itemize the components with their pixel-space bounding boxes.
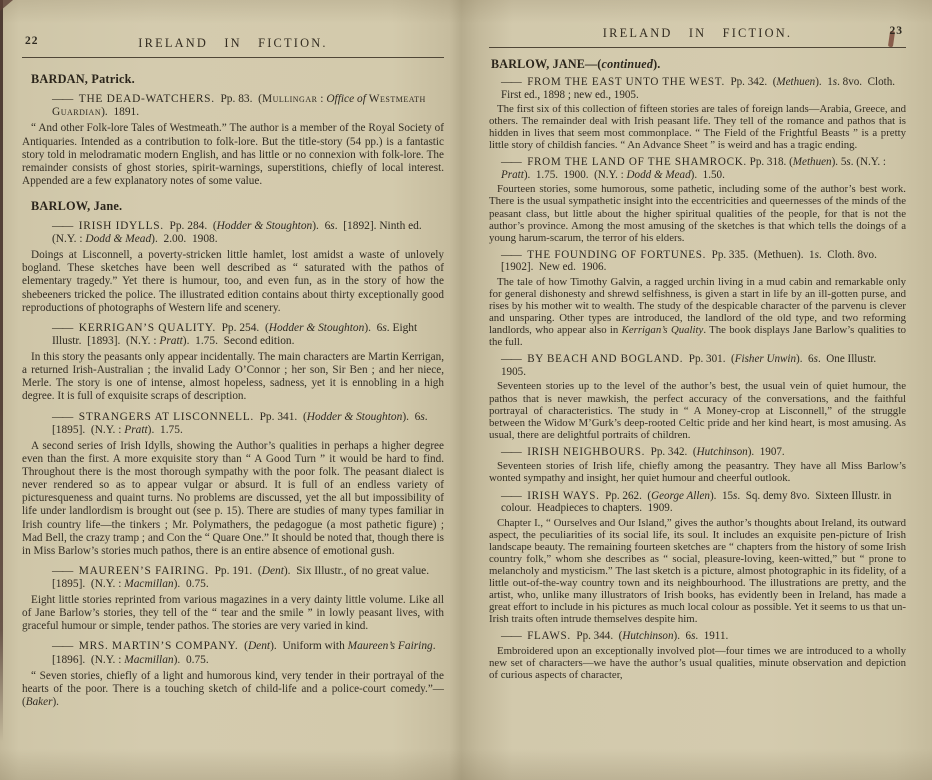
text-run: Pp. 262. ( [600,490,651,502]
text-run: ). 0.75. [174,654,209,666]
text-run: : [317,93,326,105]
author-heading: BARLOW, JANE—(continued). [491,58,906,71]
text-run: —— [501,156,527,168]
entry-annotation: The tale of how Timothy Galvin, a ragged… [489,276,906,349]
text-run: Pp. 344. ( [571,630,622,642]
text-run: Seventeen stories of Irish life, chiefly… [489,460,906,484]
book-entry: ——THE DEAD-WATCHERS. Pp. 83. (Mullingar … [22,93,444,188]
text-run: ). 1907. [748,446,785,458]
text-run: —— [501,446,527,458]
text-run: Pp. 342. ( [645,446,696,458]
text-run: The first six of this collection of fift… [489,103,906,151]
page-number-right: 23 [890,25,904,37]
text-run: BARLOW, JANE—( [491,57,602,71]
book-entry: ——STRANGERS AT LISCONNELL. Pp. 341. (Hod… [22,411,444,558]
text-run: Pp. 318. ( [747,156,793,168]
text-run: BARDAN, Patrick. [31,72,135,86]
text-run: Pratt [124,424,147,436]
author-heading: BARLOW, Jane. [31,199,444,213]
text-run: ). 6 [674,630,692,642]
running-title-right: IRELAND IN FICTION. [603,26,792,40]
text-run: ). 0.75. [174,578,209,590]
entry-annotation: “ Seven stories, chiefly of a light and … [22,670,444,709]
text-run: Embroidered upon an exceptionally involv… [489,645,906,681]
text-run: Pp. 301. ( [683,353,734,365]
book-entry: ——THE FOUNDING OF FORTUNES. Pp. 335. (Me… [489,249,906,349]
book-entry: ——BY BEACH AND BOGLAND. Pp. 301. (Fisher… [489,353,906,440]
entry-annotation: Chapter I., “ Ourselves and Our Island,”… [489,517,906,626]
text-run: “ Seven stories, chiefly of a light and … [22,670,444,708]
text-run: Fisher Unwin [735,353,796,365]
text-run: ). Uniform with [270,640,348,652]
entry-title-line: ——IRISH IDYLLS. Pp. 284. (Hodder & Stoug… [52,220,444,246]
text-run: ). 1.75. 1900. (N.Y. : [524,169,627,181]
text-run: —— [52,220,79,232]
text-run: Kerrigan’s Quality [622,324,704,336]
text-run: Methuen [793,156,832,168]
text-run: Pp. 191. ( [209,565,262,577]
text-run: Pp. 83. ( [215,93,262,105]
text-run: Maureen’s Fairing [348,640,433,652]
book-entry: ——IRISH WAYS. Pp. 262. (George Allen). 1… [489,490,906,626]
entry-title-line: ——STRANGERS AT LISCONNELL. Pp. 341. (Hod… [52,411,444,437]
text-run: —— [52,93,79,105]
text-run: Baker [26,696,53,708]
text-run: Dodd & Mead [627,169,691,181]
page-header-left: 22 IRELAND IN FICTION. [22,34,444,58]
running-title-left: IRELAND IN FICTION. [138,36,327,50]
text-run: STRANGERS AT LISCONNELL. [79,411,254,423]
text-run: —— [501,249,527,261]
text-run: —— [501,353,527,365]
text-run: FLAWS. [527,630,571,642]
text-run: Dodd & Mead [85,233,151,245]
text-run: Mullingar [262,93,318,105]
text-run: Pratt [159,335,182,347]
text-run: Chapter I., “ Ourselves and Our Island,”… [489,517,906,626]
entry-annotation: Eight little stories reprinted from vari… [22,594,444,633]
text-run: Fourteen stories, some humorous, some pa… [489,183,906,243]
text-run: ). 1.50. [691,169,725,181]
text-run: ). 6 [364,322,382,334]
page-body-right: BARLOW, JANE—(continued).——FROM THE EAST… [489,58,906,681]
text-run: THE FOUNDING OF FORTUNES. [527,249,706,261]
entry-title-line: ——MAUREEN’S FAIRING. Pp. 191. (Dent). Si… [52,565,444,591]
text-run: ). 2.00. 1908. [151,233,217,245]
entry-annotation: “ And other Folk-lore Tales of Westmeath… [22,122,444,187]
text-run: ). 1891. [101,106,139,118]
text-run: FROM THE EAST UNTO THE WEST. [527,76,725,88]
text-run: ). 6 [796,353,814,365]
text-run: —— [501,630,527,642]
entry-title-line: ——IRISH WAYS. Pp. 262. (George Allen). 1… [501,490,906,515]
text-run: ( [238,640,248,652]
entry-title-line: ——BY BEACH AND BOGLAND. Pp. 301. (Fisher… [501,353,906,378]
text-run: Methuen [776,76,815,88]
text-run: Office of [326,93,366,105]
text-run: ). 15 [710,490,733,502]
entry-annotation: Embroidered upon an exceptionally involv… [489,645,906,681]
page-number-left: 22 [25,35,39,47]
text-run: In this story the peasants only appear i… [22,351,444,402]
book-entry: ——KERRIGAN’S QUALITY. Pp. 254. (Hodder &… [22,322,444,404]
entry-title-line: ——THE DEAD-WATCHERS. Pp. 83. (Mullingar … [52,93,444,119]
entry-title-line: ——MRS. MARTIN’S COMPANY. (Dent). Uniform… [52,640,444,666]
book-spine-edge [0,0,3,742]
entry-annotation: Seventeen stories up to the level of the… [489,380,906,440]
text-run: Macmillan [124,654,173,666]
text-run: “ And other Folk-lore Tales of Westmeath… [22,122,444,186]
text-run: ). 1 [815,76,833,88]
book-scan: 22 IRELAND IN FICTION. BARDAN, Patrick.—… [0,0,932,780]
book-entry: ——MRS. MARTIN’S COMPANY. (Dent). Uniform… [22,640,444,709]
text-run: BARLOW, Jane. [31,199,122,213]
entry-title-line: ——KERRIGAN’S QUALITY. Pp. 254. (Hodder &… [52,322,444,348]
text-run: IRISH WAYS. [527,490,599,502]
page-body-left: BARDAN, Patrick.——THE DEAD-WATCHERS. Pp.… [22,72,444,709]
text-run: IRISH NEIGHBOURS. [527,446,645,458]
text-run: —— [501,490,527,502]
text-run: Pp. 284. ( [164,220,217,232]
entry-annotation: Fourteen stories, some humorous, some pa… [489,183,906,243]
text-run: Hodder & Stoughton [269,322,365,334]
text-run: . (N.Y. : [851,156,889,168]
text-run: MAUREEN’S FAIRING. [79,565,209,577]
text-run: Hutchinson [697,446,748,458]
text-run: IRISH IDYLLS. [79,220,164,232]
text-run: —— [52,322,79,334]
book-entry: ——FLAWS. Pp. 344. (Hutchinson). 6s. 1911… [489,630,906,681]
book-entry: ——IRISH IDYLLS. Pp. 284. (Hodder & Stoug… [22,220,444,315]
entry-title-line: ——FLAWS. Pp. 344. (Hutchinson). 6s. 1911… [501,630,906,643]
text-run: THE DEAD-WATCHERS. [79,93,215,105]
entry-annotation: In this story the peasants only appear i… [22,351,444,403]
text-run: BY BEACH AND BOGLAND. [527,353,683,365]
text-run: ). 1.75. Second edition. [183,335,295,347]
text-run: Dent [262,565,284,577]
text-run: Seventeen stories up to the level of the… [489,380,906,440]
page-header-right: IRELAND IN FICTION. 23 [489,24,906,48]
book-entry: ——FROM THE EAST UNTO THE WEST. Pp. 342. … [489,76,906,151]
text-run: —— [52,411,79,423]
entry-title-line: ——THE FOUNDING OF FORTUNES. Pp. 335. (Me… [501,249,906,274]
text-run: —— [52,640,79,652]
text-run: KERRIGAN’S QUALITY. [79,322,216,334]
text-run: . 1911. [695,630,728,642]
entry-title-line: ——IRISH NEIGHBOURS. Pp. 342. (Hutchinson… [501,446,906,459]
page-right: IRELAND IN FICTION. 23 BARLOW, JANE—(con… [460,0,932,780]
text-run: ). 6 [402,411,420,423]
entry-annotation: Seventeen stories of Irish life, chiefly… [489,460,906,484]
text-run: continued [602,57,654,71]
text-run: Hodder & Stoughton [217,220,313,232]
text-run: Hutchinson [622,630,673,642]
author-section: BARLOW, JANE—(continued).——FROM THE EAST… [489,58,906,681]
text-run: Doings at Lisconnell, a poverty-stricken… [22,249,444,313]
text-run: Pp. 335. (Methuen). 1 [706,249,814,261]
text-run: ). 6 [312,220,330,232]
text-run: Hodder & Stoughton [307,411,403,423]
entry-annotation: The first six of this collection of fift… [489,103,906,151]
text-run: ). 1.75. [148,424,183,436]
text-run: Pratt [501,169,524,181]
text-run: A second series of Irish Idylls, showing… [22,440,444,557]
text-run: ). [653,57,660,71]
author-heading: BARDAN, Patrick. [31,72,444,86]
text-run: ). 5 [832,156,847,168]
text-run: ). [52,696,59,708]
text-run: —— [501,76,527,88]
entry-annotation: A second series of Irish Idylls, showing… [22,440,444,558]
entry-title-line: ——FROM THE LAND OF THE SHAMROCK. Pp. 318… [501,156,906,181]
text-run: FROM THE LAND OF THE SHAMROCK. [527,156,747,168]
text-run: Pp. 342. ( [725,76,776,88]
text-run: Pp. 254. ( [216,322,269,334]
text-run: MRS. MARTIN’S COMPANY. [79,640,239,652]
text-run: —— [52,565,79,577]
text-run: Eight little stories reprinted from vari… [22,594,444,632]
text-run: Dent [248,640,270,652]
text-run: Pp. 341. ( [254,411,307,423]
author-section: BARDAN, Patrick.——THE DEAD-WATCHERS. Pp.… [22,72,444,188]
book-entry: ——IRISH NEIGHBOURS. Pp. 342. (Hutchinson… [489,446,906,485]
book-entry: ——MAUREEN’S FAIRING. Pp. 191. (Dent). Si… [22,565,444,634]
entry-annotation: Doings at Lisconnell, a poverty-stricken… [22,249,444,314]
text-run: George Allen [651,490,710,502]
page-left: 22 IRELAND IN FICTION. BARDAN, Patrick.—… [6,0,460,780]
author-section: BARLOW, Jane.——IRISH IDYLLS. Pp. 284. (H… [22,199,444,709]
book-entry: ——FROM THE LAND OF THE SHAMROCK. Pp. 318… [489,156,906,243]
text-run: Macmillan [124,578,173,590]
entry-title-line: ——FROM THE EAST UNTO THE WEST. Pp. 342. … [501,76,906,101]
